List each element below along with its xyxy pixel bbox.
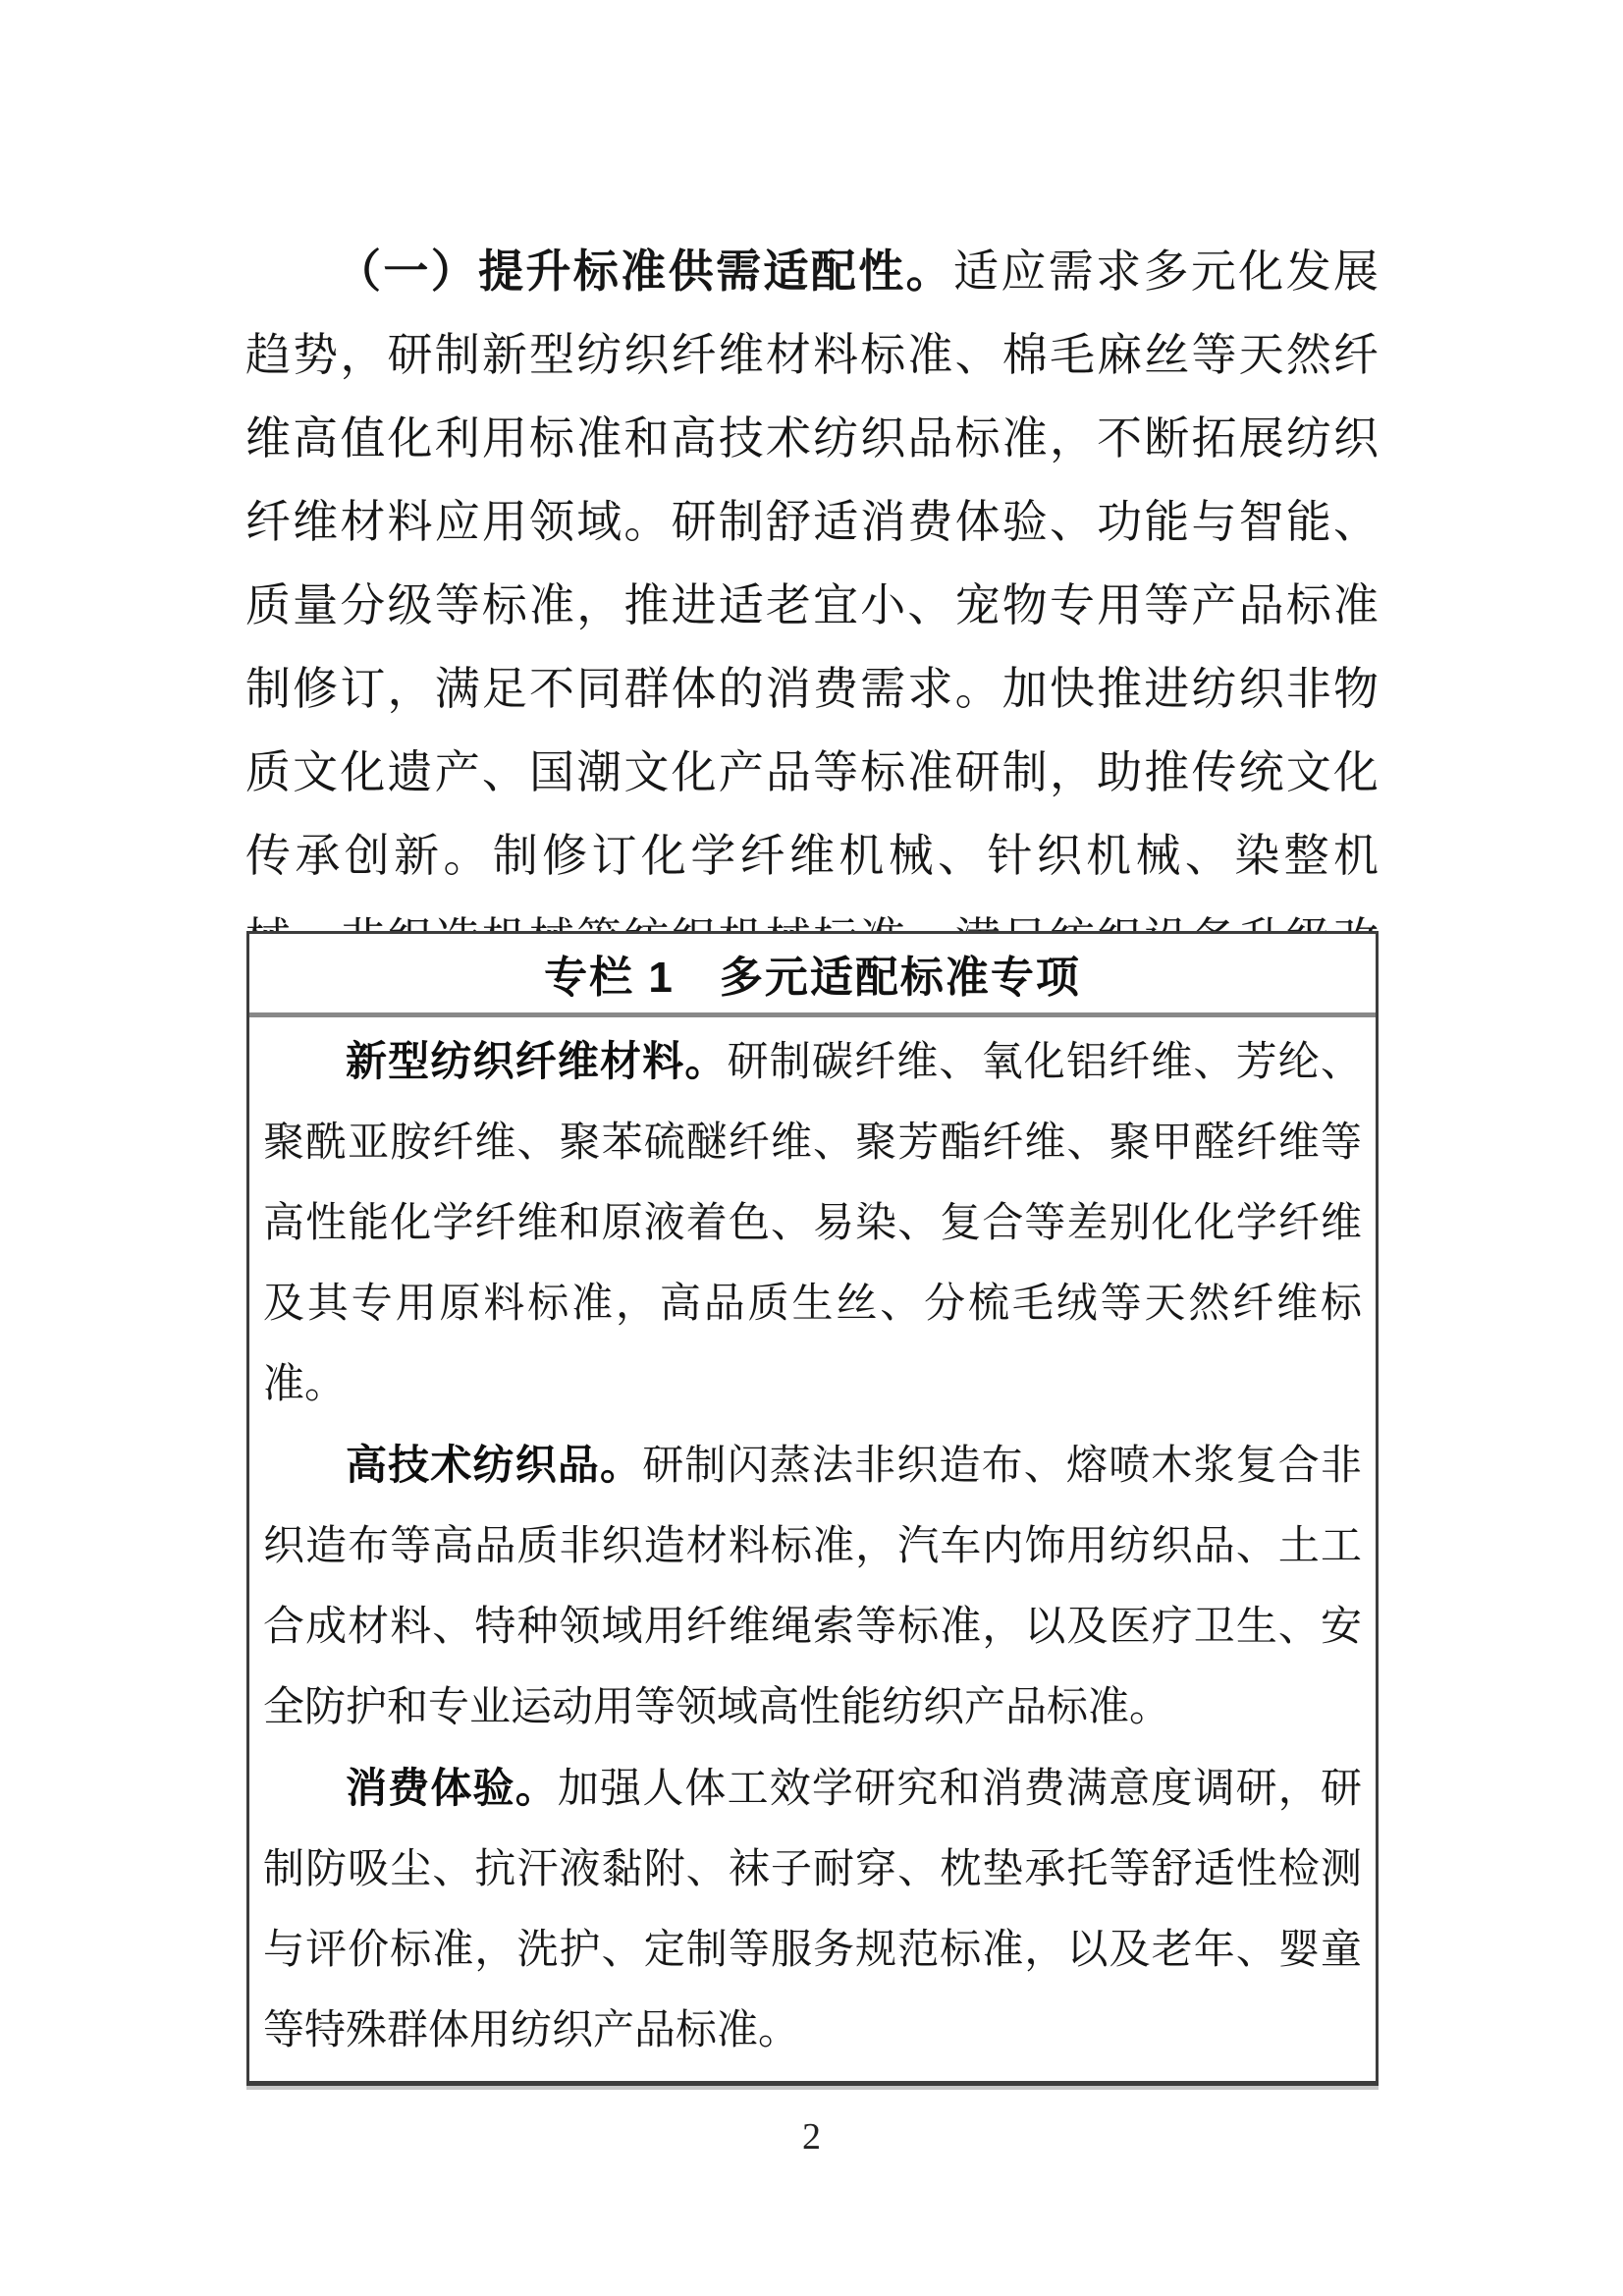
special-column-title: 专栏 1 多元适配标准专项 [249,934,1376,1017]
column-paragraph-function-intelligence: 功能与智能。研制吸湿降温、抗氧化、抗菌防臭、热反射、阻 [263,2071,1362,2081]
main-paragraph-lead: （一）提升标准供需适配性。 [336,246,953,297]
column-paragraph-new-fiber-materials: 新型纺织纤维材料。研制碳纤维、氧化铝纤维、芳纶、聚酰亚胺纤维、聚苯硫醚纤维、聚芳… [263,1021,1362,1425]
page-number: 2 [0,2115,1623,2159]
main-paragraph: （一）提升标准供需适配性。适应需求多元化发展趋势，研制新型纺织纤维材料标准、棉毛… [245,230,1380,978]
column-paragraph-lead: 新型纺织纤维材料。 [346,1038,728,1084]
column-paragraph-lead: 消费体验。 [346,1765,558,1811]
column-paragraph-consumer-experience: 消费体验。加强人体工效学研究和消费满意度调研，研制防吸尘、抗汗液黏附、袜子耐穿、… [263,1748,1362,2071]
column-paragraph-high-tech-textiles: 高技术纺织品。研制闪蒸法非织造布、熔喷木浆复合非织造布等高品质非织造材料标准，汽… [263,1425,1362,1748]
special-column-box: 专栏 1 多元适配标准专项 新型纺织纤维材料。研制碳纤维、氧化铝纤维、芳纶、聚酰… [246,931,1379,2086]
column-paragraph-lead: 高技术纺织品。 [346,1442,642,1488]
main-paragraph-text: 适应需求多元化发展趋势，研制新型纺织纤维材料标准、棉毛麻丝等天然纤维高值化利用标… [245,246,1380,978]
column-paragraph-text: 研制碳纤维、氧化铝纤维、芳纶、聚酰亚胺纤维、聚苯硫醚纤维、聚芳酯纤维、聚甲醛纤维… [263,1040,1362,1407]
special-column-body: 新型纺织纤维材料。研制碳纤维、氧化铝纤维、芳纶、聚酰亚胺纤维、聚苯硫醚纤维、聚芳… [249,1017,1376,2081]
document-page: （一）提升标准供需适配性。适应需求多元化发展趋势，研制新型纺织纤维材料标准、棉毛… [0,0,1623,2296]
